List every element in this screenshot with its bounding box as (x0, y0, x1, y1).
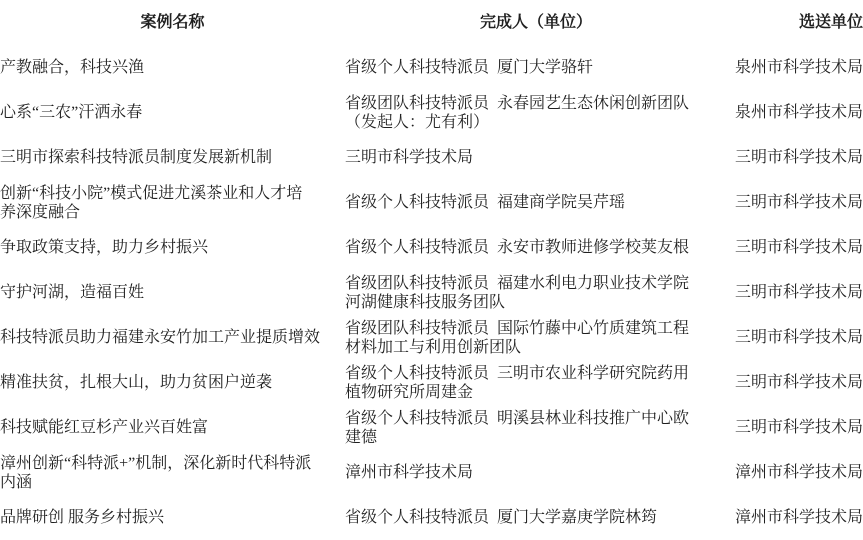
unit-cell: 漳州市科学技术局 (727, 495, 863, 540)
table-row: 心系“三农”汗洒永春 省级团队科技特派员 永春园艺生态休闲创新团队 （发起人：尤… (0, 90, 863, 135)
table-row: 精准扶贫，扎根大山，助力贫困户逆袭 省级个人科技特派员 三明市农业科学研究院药用… (0, 360, 863, 405)
case-name-cell: 守护河湖，造福百姓 (0, 270, 345, 315)
completer-cell: 省级个人科技特派员 永安市教师进修学校荚友根 (345, 225, 727, 270)
completer-cell: 省级团队科技特派员 永春园艺生态休闲创新团队 （发起人：尤有利） (345, 90, 727, 135)
table-row: 守护河湖，造福百姓 省级团队科技特派员 福建水利电力职业技术学院 河湖健康科技服… (0, 270, 863, 315)
unit-cell: 三明市科学技术局 (727, 135, 863, 180)
case-name-cell: 心系“三农”汗洒永春 (0, 90, 345, 135)
table-row: 品牌研创 服务乡村振兴 省级个人科技特派员 厦门大学嘉庚学院林筠 漳州市科学技术… (0, 495, 863, 540)
unit-cell: 三明市科学技术局 (727, 360, 863, 405)
completer-cell: 省级个人科技特派员 明溪县林业科技推广中心欧 建德 (345, 405, 727, 450)
completer-cell: 省级个人科技特派员 厦门大学骆轩 (345, 45, 727, 90)
table-row: 创新“科技小院”模式促进尤溪茶业和人才培 养深度融合 省级个人科技特派员 福建商… (0, 180, 863, 225)
completer-cell: 省级个人科技特派员 福建商学院吴芹瑶 (345, 180, 727, 225)
unit-cell: 泉州市科学技术局 (727, 45, 863, 90)
completer-cell: 省级团队科技特派员 国际竹藤中心竹质建筑工程 材料加工与利用创新团队 (345, 315, 727, 360)
unit-cell: 漳州市科学技术局 (727, 450, 863, 495)
case-name-cell: 品牌研创 服务乡村振兴 (0, 495, 345, 540)
case-name-cell: 创新“科技小院”模式促进尤溪茶业和人才培 养深度融合 (0, 180, 345, 225)
unit-cell: 泉州市科学技术局 (727, 90, 863, 135)
completer-cell: 省级个人科技特派员 三明市农业科学研究院药用 植物研究所周建金 (345, 360, 727, 405)
unit-cell: 三明市科学技术局 (727, 180, 863, 225)
table-row: 三明市探索科技特派员制度发展新机制 三明市科学技术局 三明市科学技术局 (0, 135, 863, 180)
header-case-name: 案例名称 (0, 0, 345, 45)
completer-cell: 省级团队科技特派员 福建水利电力职业技术学院 河湖健康科技服务团队 (345, 270, 727, 315)
table-row: 漳州创新“科特派+”机制，深化新时代科特派 内涵 漳州市科学技术局 漳州市科学技… (0, 450, 863, 495)
table-row: 科技特派员助力福建永安竹加工产业提质增效 省级团队科技特派员 国际竹藤中心竹质建… (0, 315, 863, 360)
case-name-cell: 三明市探索科技特派员制度发展新机制 (0, 135, 345, 180)
completer-cell: 省级个人科技特派员 厦门大学嘉庚学院林筠 (345, 495, 727, 540)
case-name-cell: 科技赋能红豆杉产业兴百姓富 (0, 405, 345, 450)
header-completer: 完成人（单位） (345, 0, 727, 45)
table-row: 产教融合，科技兴渔 省级个人科技特派员 厦门大学骆轩 泉州市科学技术局 (0, 45, 863, 90)
unit-cell: 三明市科学技术局 (727, 405, 863, 450)
unit-cell: 三明市科学技术局 (727, 225, 863, 270)
case-name-cell: 争取政策支持，助力乡村振兴 (0, 225, 345, 270)
case-name-cell: 科技特派员助力福建永安竹加工产业提质增效 (0, 315, 345, 360)
unit-cell: 三明市科学技术局 (727, 315, 863, 360)
unit-cell: 三明市科学技术局 (727, 270, 863, 315)
completer-cell: 漳州市科学技术局 (345, 450, 727, 495)
table-row: 争取政策支持，助力乡村振兴 省级个人科技特派员 永安市教师进修学校荚友根 三明市… (0, 225, 863, 270)
case-name-cell: 精准扶贫，扎根大山，助力贫困户逆袭 (0, 360, 345, 405)
case-table: 案例名称 完成人（单位） 选送单位 产教融合，科技兴渔 省级个人科技特派员 厦门… (0, 0, 863, 540)
header-unit: 选送单位 (727, 0, 863, 45)
table-row: 科技赋能红豆杉产业兴百姓富 省级个人科技特派员 明溪县林业科技推广中心欧 建德 … (0, 405, 863, 450)
completer-cell: 三明市科学技术局 (345, 135, 727, 180)
case-name-cell: 产教融合，科技兴渔 (0, 45, 345, 90)
table-header-row: 案例名称 完成人（单位） 选送单位 (0, 0, 863, 45)
case-name-cell: 漳州创新“科特派+”机制，深化新时代科特派 内涵 (0, 450, 345, 495)
